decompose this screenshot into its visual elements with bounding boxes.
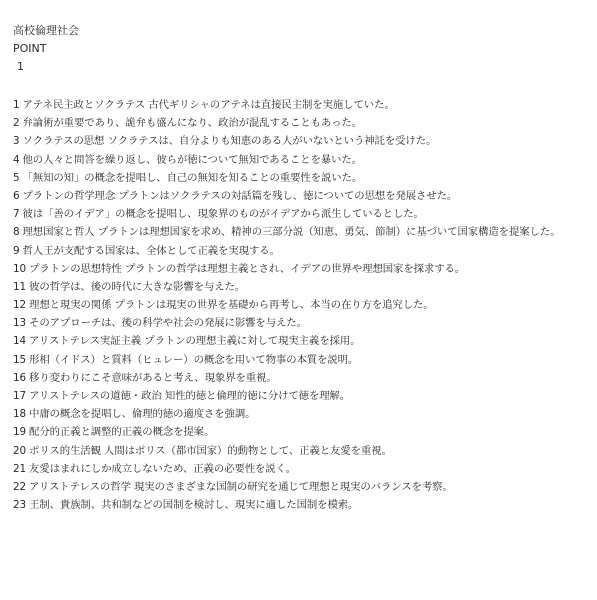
point-text: 友愛はまれにしか成立しないため、正義の必要性を説く。 (29, 463, 296, 475)
point-text: 移り変わりにこそ意味があると考え、現象界を重視。 (29, 372, 277, 384)
point-item: 14アリストテレス実証主義 プラトンの理想主義に対して現実主義を採用。 (13, 332, 593, 350)
point-item: 2弁論術が重要であり、詭弁も盛んになり、政治が混乱することもあった。 (13, 114, 593, 132)
point-number: 21 (13, 463, 26, 475)
point-item: 20ポリス的生活観 人間はポリス（都市国家）的動物として、正義と友愛を重視。 (13, 442, 593, 460)
point-text: アリストテレス実証主義 プラトンの理想主義に対して現実主義を採用。 (29, 335, 360, 347)
point-text: 形相（イドス）と質料（ヒュレー）の概念を用いて物事の本質を説明。 (29, 354, 358, 366)
point-text: 配分的正義と調整的正義の概念を提案。 (29, 426, 214, 438)
point-text: 「無知の知」の概念を提唱し、自己の無知を知ることの重要性を説いた。 (23, 172, 363, 184)
point-text: 彼の哲学は、後の時代に大きな影響を与えた。 (29, 281, 245, 293)
point-item: 15形相（イドス）と質料（ヒュレー）の概念を用いて物事の本質を説明。 (13, 351, 593, 369)
point-item: 21友愛はまれにしか成立しないため、正義の必要性を説く。 (13, 460, 593, 478)
point-number: 10 (13, 263, 26, 275)
point-text: アテネ民主政とソクラテス 古代ギリシャのアテネは直接民主制を実施していた。 (23, 99, 395, 111)
point-number: 1 (13, 99, 20, 111)
point-number: 16 (13, 372, 26, 384)
point-item: 7彼は「善のイデア」の概念を提唱し、現象界のものがイデアから派生しているとした。 (13, 205, 593, 223)
point-text: アリストテレスの道徳・政治 知性的徳と倫理的徳に分けて徳を理解。 (29, 390, 350, 402)
document-page: 高校倫理社会 POINT 1 1アテネ民主政とソクラテス 古代ギリシャのアテネは… (13, 0, 593, 514)
point-text: プラトンの哲学理念 プラトンはソクラテスの対話篇を残し、徳についての思想を発展さ… (23, 190, 458, 202)
point-text: 王制、貴族制、共和制などの国制を検討し、現実に適した国制を模索。 (29, 499, 358, 511)
point-item: 17アリストテレスの道徳・政治 知性的徳と倫理的徳に分けて徳を理解。 (13, 387, 593, 405)
point-number: 4 (13, 154, 20, 166)
point-item: 4他の人々と問答を繰り返し、彼らが徳について無知であることを暴いた。 (13, 151, 593, 169)
point-number: 14 (13, 335, 26, 347)
point-text: 哲人王が支配する国家は、全体として正義を実現する。 (23, 245, 280, 257)
point-item: 9哲人王が支配する国家は、全体として正義を実現する。 (13, 242, 593, 260)
point-text: 彼は「善のイデア」の概念を提唱し、現象界のものがイデアから派生しているとした。 (23, 208, 424, 220)
point-item: 16移り変わりにこそ意味があると考え、現象界を重視。 (13, 369, 593, 387)
point-number: 20 (13, 445, 26, 457)
point-number: 18 (13, 408, 26, 420)
point-number: 6 (13, 190, 20, 202)
point-item: 6プラトンの哲学理念 プラトンはソクラテスの対話篇を残し、徳についての思想を発展… (13, 187, 593, 205)
point-item: 18中庸の概念を提唱し、倫理的徳の適度さを強調。 (13, 405, 593, 423)
point-text: 他の人々と問答を繰り返し、彼らが徳について無知であることを暴いた。 (23, 154, 362, 166)
point-text: ソクラテスの思想 ソクラテスは、自分よりも知恵のある人がいないという神託を受けた… (23, 135, 437, 147)
point-number: 19 (13, 426, 26, 438)
point-item: 11彼の哲学は、後の時代に大きな影響を与えた。 (13, 278, 593, 296)
page-number: 1 (13, 58, 593, 76)
point-item: 5「無知の知」の概念を提唱し、自己の無知を知ることの重要性を説いた。 (13, 169, 593, 187)
point-text: そのアプローチは、後の科学や社会の発展に影響を与えた。 (29, 317, 307, 329)
point-item: 23王制、貴族制、共和制などの国制を検討し、現実に適した国制を模索。 (13, 496, 593, 514)
point-number: 13 (13, 317, 26, 329)
point-number: 2 (13, 117, 20, 129)
point-number: 8 (13, 226, 20, 238)
point-number: 17 (13, 390, 26, 402)
point-text: プラトンの思想特性 プラトンの哲学は理想主義とされ、イデアの世界や理想国家を探求… (29, 263, 465, 275)
point-text: 理想国家と哲人 プラトンは理想国家を求め、精神の三部分説（知恵、勇気、節制）に基… (23, 226, 561, 238)
point-number: 15 (13, 354, 26, 366)
section-label: POINT (13, 40, 593, 58)
point-number: 11 (13, 281, 26, 293)
point-item: 8理想国家と哲人 プラトンは理想国家を求め、精神の三部分説（知恵、勇気、節制）に… (13, 223, 593, 241)
subject-title: 高校倫理社会 (13, 22, 593, 40)
point-number: 9 (13, 245, 20, 257)
point-item: 10プラトンの思想特性 プラトンの哲学は理想主義とされ、イデアの世界や理想国家を… (13, 260, 593, 278)
point-item: 19配分的正義と調整的正義の概念を提案。 (13, 423, 593, 441)
point-number: 23 (13, 499, 26, 511)
point-number: 5 (13, 172, 20, 184)
point-text: 理想と現実の関係 プラトンは現実の世界を基礎から再考し、本当の在り方を追究した。 (29, 299, 434, 311)
point-item: 12理想と現実の関係 プラトンは現実の世界を基礎から再考し、本当の在り方を追究し… (13, 296, 593, 314)
point-number: 22 (13, 481, 26, 493)
point-number: 7 (13, 208, 20, 220)
point-number: 3 (13, 135, 20, 147)
document-header: 高校倫理社会 POINT 1 (13, 0, 593, 76)
point-item: 22アリストテレスの哲学 現実のさまざまな国制の研究を通じて理想と現実のバランス… (13, 478, 593, 496)
point-item: 13そのアプローチは、後の科学や社会の発展に影響を与えた。 (13, 314, 593, 332)
point-text: 中庸の概念を提唱し、倫理的徳の適度さを強調。 (29, 408, 255, 420)
point-item: 1アテネ民主政とソクラテス 古代ギリシャのアテネは直接民主制を実施していた。 (13, 96, 593, 114)
point-text: ポリス的生活観 人間はポリス（都市国家）的動物として、正義と友愛を重視。 (29, 445, 392, 457)
point-list: 1アテネ民主政とソクラテス 古代ギリシャのアテネは直接民主制を実施していた。 2… (13, 96, 593, 514)
point-item: 3ソクラテスの思想 ソクラテスは、自分よりも知恵のある人がいないという神託を受け… (13, 132, 593, 150)
point-text: 弁論術が重要であり、詭弁も盛んになり、政治が混乱することもあった。 (23, 117, 362, 129)
point-number: 12 (13, 299, 26, 311)
point-text: アリストテレスの哲学 現実のさまざまな国制の研究を通じて理想と現実のバランスを考… (29, 481, 453, 493)
